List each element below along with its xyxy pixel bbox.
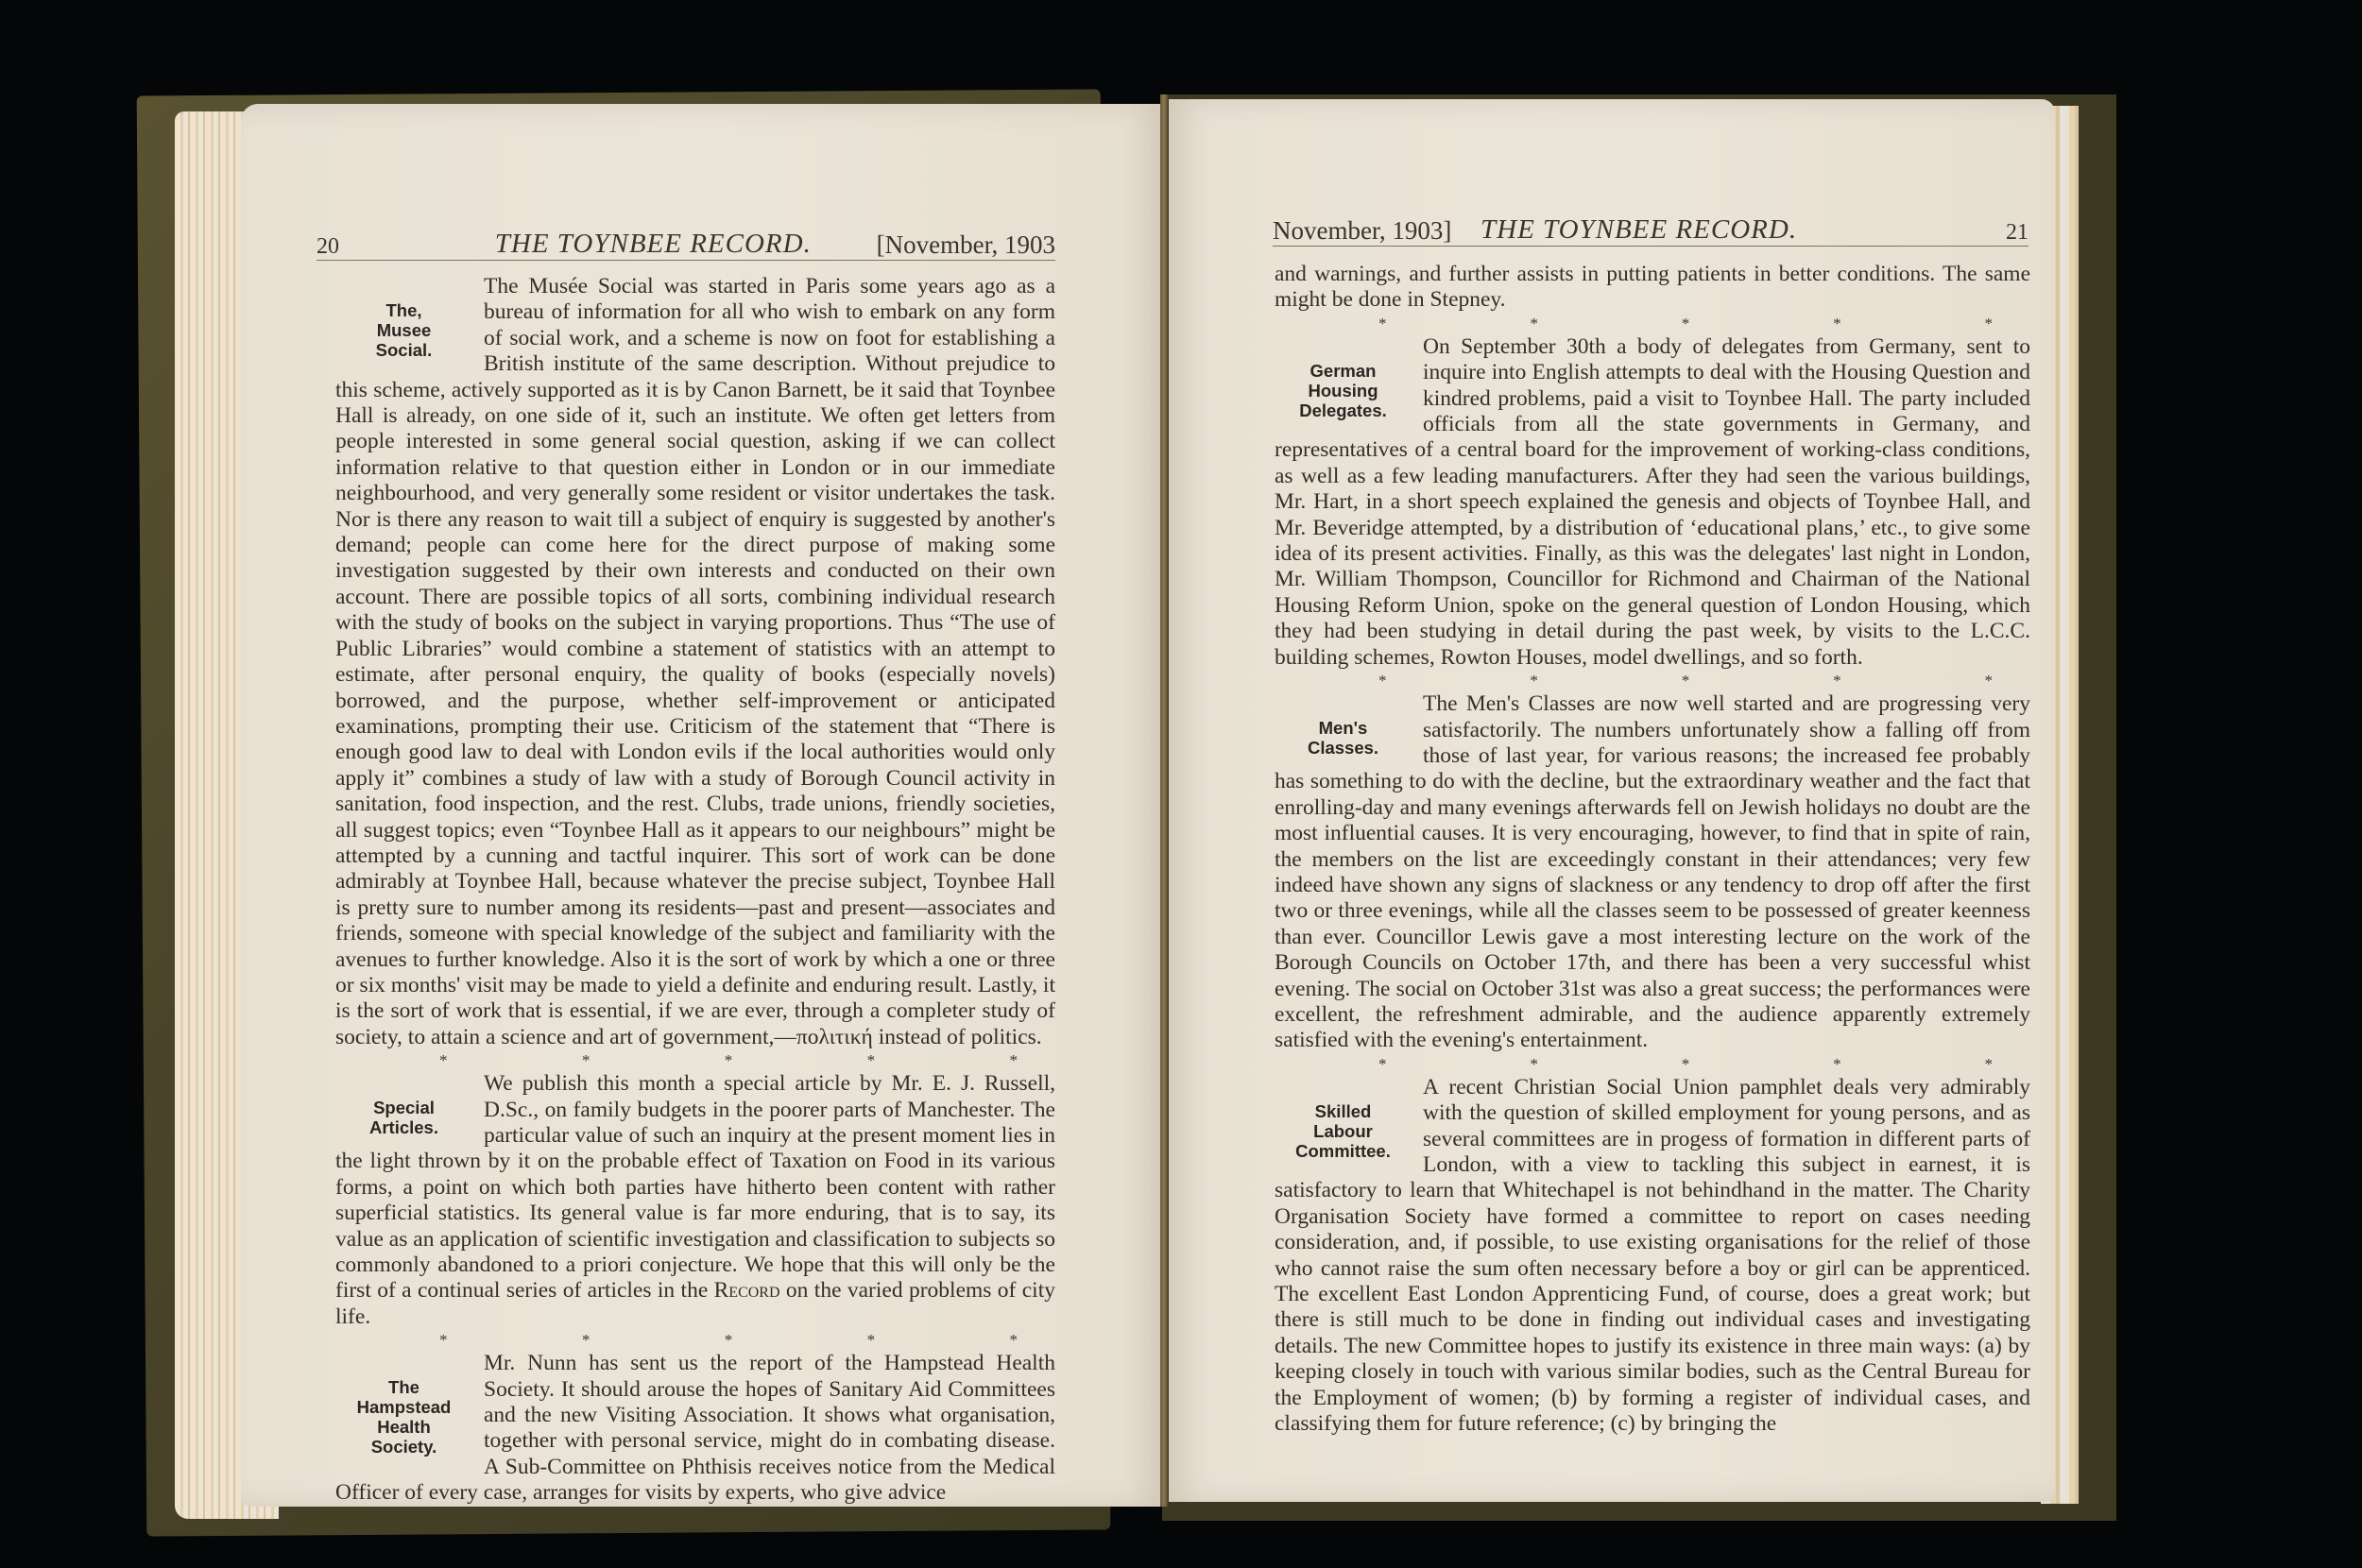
sidehead: Special Articles. xyxy=(335,1098,472,1137)
section-separator: ***** xyxy=(1275,1054,2030,1075)
sidehead: German Housing Delegates. xyxy=(1275,361,1412,420)
left-page-body: The, Musee Social. The Musée Social was … xyxy=(335,274,1055,1507)
section-separator: ***** xyxy=(1275,671,2030,691)
section-special-articles: Special Articles. We publish this month … xyxy=(335,1071,1055,1330)
book-gutter xyxy=(1160,94,1168,1507)
running-head-right: November, 1903] THE TOYNBEE RECORD. 21 xyxy=(1273,198,2028,247)
running-head-left: 20 THE TOYNBEE RECORD. [November, 1903 xyxy=(317,213,1055,261)
section-separator: ***** xyxy=(335,1330,1055,1351)
right-page: November, 1903] THE TOYNBEE RECORD. 21 a… xyxy=(1169,99,2055,1502)
page-number: 20 xyxy=(317,234,430,260)
section-separator: ***** xyxy=(1275,314,2030,334)
section-musee-social: The, Musee Social. The Musée Social was … xyxy=(335,274,1055,1050)
sidehead: Skilled Labour Committee. xyxy=(1275,1101,1412,1161)
page-number: 21 xyxy=(2006,220,2028,246)
section-german-housing: German Housing Delegates. On September 3… xyxy=(1275,334,2030,671)
section-skilled-labour: Skilled Labour Committee. A recent Chris… xyxy=(1275,1075,2030,1438)
section-mens-classes: Men's Classes. The Men's Classes are now… xyxy=(1275,691,2030,1054)
left-page: 20 THE TOYNBEE RECORD. [November, 1903 T… xyxy=(241,104,1162,1507)
section-hampstead-health: The Hampstead Health Society. Mr. Nunn h… xyxy=(335,1351,1055,1506)
sidehead: The, Musee Social. xyxy=(335,300,472,360)
continuation-paragraph: and warnings, and further assists in put… xyxy=(1275,262,2030,314)
running-title: THE TOYNBEE RECORD. xyxy=(430,229,877,260)
paragraph: The Musée Social was started in Paris so… xyxy=(335,274,1055,1050)
section-separator: ***** xyxy=(335,1050,1055,1071)
sidehead: Men's Classes. xyxy=(1275,718,1412,758)
running-title: THE TOYNBEE RECORD. xyxy=(1462,214,2006,246)
sidehead: The Hampstead Health Society. xyxy=(335,1377,472,1457)
running-date: November, 1903] xyxy=(1273,216,1462,246)
running-date: [November, 1903 xyxy=(877,230,1055,260)
right-page-body: and warnings, and further assists in put… xyxy=(1275,262,2030,1437)
